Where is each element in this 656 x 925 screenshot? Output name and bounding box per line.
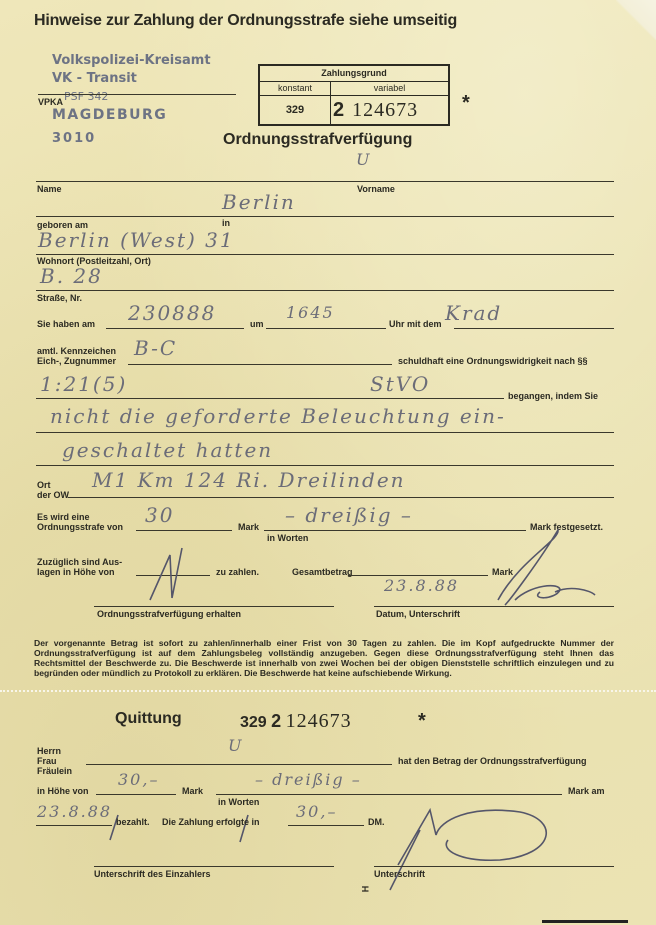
perforation-line[interactable] — [0, 690, 656, 692]
bottom-edge-mark — [542, 920, 628, 923]
quittung-in-worten-label: in Worten — [218, 797, 259, 807]
unterschrift-label: Unterschrift — [374, 869, 425, 879]
strike-auslagen — [150, 548, 182, 600]
footer-mark: H — [360, 886, 370, 893]
quittung-hoehe-value[interactable]: 30,– — [118, 770, 159, 789]
zahlung-value[interactable]: 30,– — [296, 802, 337, 821]
quittung-hoehe-line — [96, 794, 176, 795]
quittung-number: 329 2 124673 — [240, 710, 352, 733]
bezahlt-label: bezahlt. — [116, 817, 150, 827]
quittung-worten-line — [216, 794, 562, 795]
quittung-datum-value[interactable]: 23.8.88 — [37, 802, 112, 821]
zahlung-line — [288, 825, 364, 826]
fraeulein-label: Fräulein — [37, 766, 72, 776]
unterschrift-einzahler-label: Unterschrift des Einzahlers — [94, 869, 211, 879]
quittung-name-mark[interactable]: U — [228, 736, 243, 755]
frau-label: Frau — [37, 756, 57, 766]
quittung-title: Quittung — [115, 710, 182, 728]
einzahler-line — [94, 866, 334, 867]
quittung-datum-line — [36, 825, 112, 826]
dm-label: DM. — [368, 817, 385, 827]
quittung-number-bold: 2 — [271, 711, 281, 731]
quittung-worten-value[interactable]: – dreißig – — [255, 770, 362, 789]
quittung-number-prefix: 329 — [240, 714, 267, 731]
officer-signature — [498, 530, 595, 605]
hat-betrag-label: hat den Betrag der Ordnungsstrafverfügun… — [398, 756, 587, 766]
mark-am-label: Mark am — [568, 786, 605, 796]
quittung-mark-label: Mark — [182, 786, 203, 796]
quittung-number-value: 124673 — [286, 710, 352, 732]
notice-text-bold: vollständig — [268, 648, 313, 658]
zahlung-label: Die Zahlung erfolgte in — [162, 817, 260, 827]
hoehe-label: in Höhe von — [37, 786, 89, 796]
herrn-label: Herrn — [37, 746, 61, 756]
notice-paragraph: Der vorgenannte Betrag ist sofort zu zah… — [34, 638, 614, 678]
quittung-name-line — [86, 764, 392, 765]
quittung-asterisk: * — [418, 710, 426, 733]
unterschrift-line — [374, 866, 614, 867]
